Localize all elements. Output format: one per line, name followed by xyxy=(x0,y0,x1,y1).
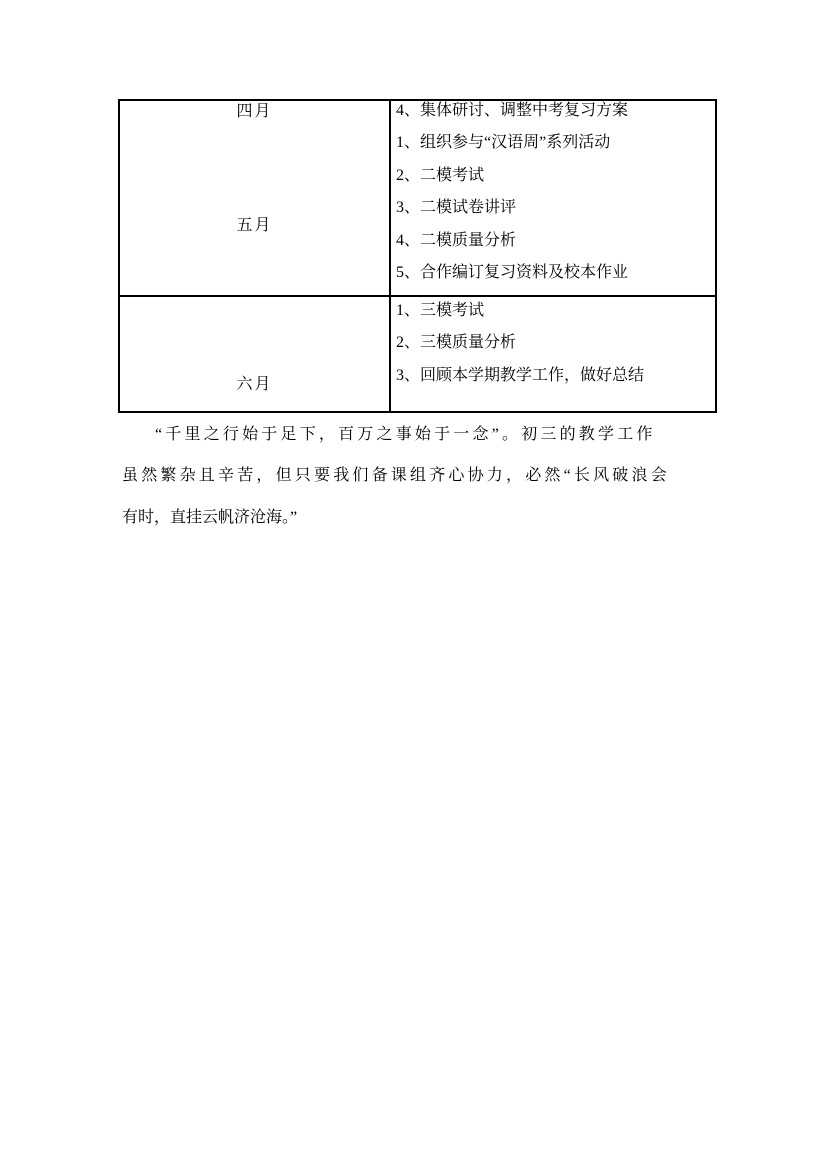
table-row-divider xyxy=(120,295,715,297)
task-line: 5、合作编订复习资料及校本作业 xyxy=(396,263,628,283)
task-line: 4、集体研讨、调整中考复习方案 xyxy=(396,101,628,121)
task-line: 4、二模质量分析 xyxy=(396,231,516,251)
paragraph-line: 有时，直挂云帆济沧海。” xyxy=(122,508,297,528)
table-column-divider xyxy=(389,101,391,411)
paragraph-line: “千里之行始于足下，百万之事始于一念”。初三的教学工作 xyxy=(155,425,656,445)
schedule-table: 四月 五月 六月 4、集体研讨、调整中考复习方案 1、组织参与“汉语周”系列活动… xyxy=(118,99,717,413)
task-line: 2、三模质量分析 xyxy=(396,333,516,353)
month-cell-april: 四月 xyxy=(120,102,389,122)
task-line: 2、二模考试 xyxy=(396,166,484,186)
task-line: 3、回顾本学期教学工作，做好总结 xyxy=(396,366,644,386)
task-line: 1、三模考试 xyxy=(396,301,484,321)
month-cell-may: 五月 xyxy=(120,216,389,236)
task-line: 3、二模试卷讲评 xyxy=(396,198,516,218)
month-cell-june: 六月 xyxy=(120,375,389,395)
task-line: 1、组织参与“汉语周”系列活动 xyxy=(396,133,610,153)
document-page: 四月 五月 六月 4、集体研讨、调整中考复习方案 1、组织参与“汉语周”系列活动… xyxy=(0,0,827,1170)
paragraph-line: 虽然繁杂且辛苦，但只要我们备课组齐心协力，必然“长风破浪会 xyxy=(122,466,670,486)
